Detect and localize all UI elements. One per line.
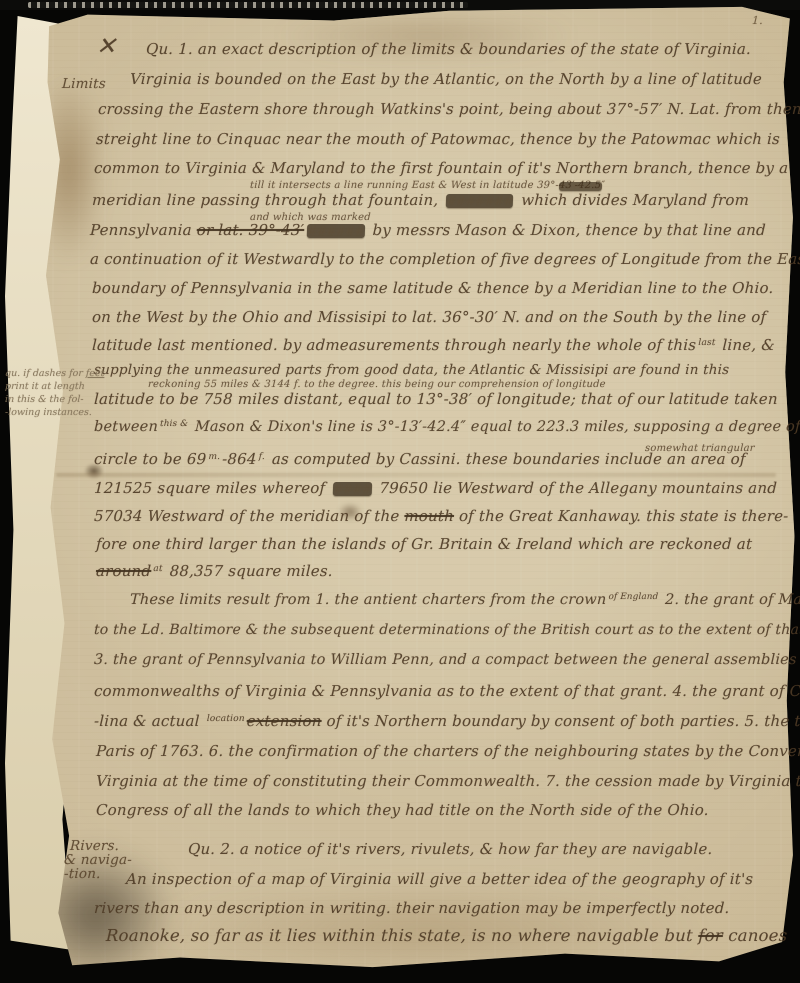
text-segment: common to Virginia & Maryland to the fir… — [94, 159, 789, 177]
text-segment: by messrs Mason & Dixon, thence by that … — [367, 221, 766, 239]
text-segment: m. — [208, 452, 220, 462]
text-segment: crossing the Eastern shore through Watki… — [98, 100, 800, 118]
manuscript-line: circle to be 69m.-864f. as computed by C… — [94, 450, 746, 468]
interlineation: till it intersects a line running East &… — [250, 180, 606, 191]
text-segment: print it at length — [5, 381, 85, 392]
text-segment: 2. the grant of Maryland — [660, 592, 800, 608]
manuscript-line: fore one third larger than the islands o… — [96, 535, 753, 553]
manuscript-line: betweenthis & Mason & Dixon's line is 3°… — [94, 419, 800, 435]
manuscript-line: meridian line passing through that fount… — [92, 191, 750, 209]
text-segment: fore one third larger than the islands o… — [96, 535, 753, 553]
text-segment: for — [698, 926, 723, 945]
text-segment: a continuation of it Westwardly to the c… — [90, 250, 800, 268]
text-segment: which divides Maryland from — [516, 191, 749, 209]
text-segment: streight line to Cinquac near the mouth … — [96, 130, 781, 148]
text-segment: supplying the unmeasured parts from good… — [94, 362, 730, 378]
text-segment: -lina & actual — [94, 712, 205, 730]
text-segment: extension — [246, 712, 322, 730]
text-segment: of it's Northern boundary by consent of … — [321, 712, 800, 730]
text-segment: Qu. 2. a notice of it's rivers, rivulets… — [188, 840, 713, 858]
text-segment: Congress of all the lands to which they … — [96, 801, 709, 819]
text-segment: Pennsylvania — [90, 221, 197, 239]
margin-note-rivers: -tion. — [64, 866, 101, 882]
margin-note-limits: Limits — [62, 76, 107, 92]
text-segment: feet — [86, 368, 105, 379]
manuscript-line: to the Ld. Baltimore & the subsequent de… — [94, 622, 800, 638]
handwriting-layer: 1. ✕Qu. 1. an exact description of the l… — [0, 0, 800, 983]
text-segment: Qu. 1. an exact description of the limit… — [146, 40, 752, 58]
text-segment: latitude to be 758 miles distant, equal … — [94, 390, 778, 408]
text-segment: -lowing instances. — [5, 407, 92, 418]
query2-heading: Qu. 2. a notice of it's rivers, rivulets… — [188, 840, 713, 858]
manuscript-line: common to Virginia & Maryland to the fir… — [94, 159, 789, 177]
text-segment: f. — [259, 452, 266, 462]
pencil-margin-note: -lowing instances. — [5, 407, 92, 418]
obliterated-text: ####### — [559, 182, 603, 191]
text-segment: on the West by the Ohio and Missisipi to… — [92, 308, 767, 326]
text-segment: of the Great Kanhaway. this state is the… — [454, 507, 789, 525]
manuscript-line: supplying the unmeasured parts from good… — [94, 362, 730, 378]
page-number: 1. — [752, 14, 763, 27]
pencil-margin-note: qu. if dashes for feet — [5, 368, 105, 379]
text-segment: at — [153, 564, 163, 574]
pencil-margin-note: in this & the fol- — [5, 394, 84, 405]
manuscript-line: Virginia at the time of constituting the… — [96, 772, 800, 790]
text-segment: mouth — [404, 507, 454, 525]
text-segment: -tion. — [64, 866, 101, 882]
manuscript-line: latitude to be 758 miles distant, equal … — [94, 390, 778, 408]
text-segment: These limits result from 1. the antient … — [130, 592, 607, 608]
text-segment: 57034 Westward of the meridian of the — [94, 507, 405, 525]
text-segment: 3. the grant of Pennsylvania to William … — [94, 652, 800, 668]
text-segment: circle to be 69 — [94, 450, 207, 468]
manuscript-line: commonwealths of Virginia & Pennsylvania… — [94, 682, 800, 700]
manuscript-line: -lina & actual locationextension of it's… — [94, 712, 800, 730]
manuscript-line: boundary of Pennsylvania in the same lat… — [92, 279, 774, 297]
text-segment: ✕ — [96, 32, 117, 60]
text-segment: reckoning 55 miles & 3144 f. to the degr… — [148, 379, 606, 390]
pencil-margin-note: print it at length — [5, 381, 85, 392]
manuscript-line: aroundat 88,357 square miles. — [96, 562, 333, 580]
interlineation: reckoning 55 miles & 3144 f. to the degr… — [148, 379, 606, 390]
manuscript-line: These limits result from 1. the antient … — [130, 592, 800, 608]
text-segment: in this & the fol- — [5, 394, 84, 405]
text-segment: Limits — [62, 76, 107, 92]
text-segment: Roanoke, so far as it lies within this s… — [106, 926, 699, 945]
text-segment: -864 — [222, 450, 257, 468]
text-segment: to the Ld. Baltimore & the subsequent de… — [94, 622, 800, 638]
text-segment: or lat. 39°-43′ — [196, 221, 304, 239]
text-segment: line, & — [717, 336, 775, 354]
query1-heading: Qu. 1. an exact description of the limit… — [146, 40, 752, 58]
text-segment: till it intersects a line running East &… — [250, 180, 606, 191]
manuscript-line: a continuation of it Westwardly to the c… — [90, 250, 800, 268]
manuscript-line: Congress of all the lands to which they … — [96, 801, 709, 819]
text-segment: latitude last mentioned. by admeasuremen… — [92, 336, 697, 354]
manuscript-line: rivers than any description in writing. … — [94, 899, 730, 917]
text-segment: 79650 lie Westward of the Allegany mount… — [374, 479, 777, 497]
manuscript-line: Paris of 1763. 6. the confirmation of th… — [96, 742, 800, 760]
manuscript-line: latitude last mentioned. by admeasuremen… — [92, 336, 776, 354]
text-segment: this & — [160, 419, 188, 429]
text-segment: meridian line passing through that fount… — [92, 191, 444, 209]
text-segment: location — [207, 714, 245, 724]
text-segment: commonwealths of Virginia & Pennsylvania… — [94, 682, 800, 700]
text-segment: as computed by Cassini. these boundaries… — [267, 450, 746, 468]
manuscript-line: Pennsylvania or lat. 39°-43′###### by me… — [90, 221, 766, 239]
text-segment: Virginia at the time of constituting the… — [96, 772, 800, 790]
manuscript-line: streight line to Cinquac near the mouth … — [96, 130, 781, 148]
manuscript-line: 3. the grant of Pennsylvania to William … — [94, 652, 800, 668]
text-segment: Paris of 1763. 6. the confirmation of th… — [96, 742, 800, 760]
text-segment: 88,357 square miles. — [164, 562, 333, 580]
cross-doodle: ✕ — [96, 32, 117, 60]
text-segment: last — [698, 338, 716, 348]
manuscript-line: Virginia is bounded on the East by the A… — [130, 70, 763, 88]
obliterated-text: ###### — [307, 224, 365, 238]
text-segment: 121525 square miles whereof — [94, 479, 331, 497]
text-segment: canoes — [723, 926, 788, 945]
manuscript-line: crossing the Eastern shore through Watki… — [98, 100, 800, 118]
obliterated-text: #### — [333, 482, 372, 496]
text-segment: rivers than any description in writing. … — [94, 899, 730, 917]
manuscript-line: on the West by the Ohio and Missisipi to… — [92, 308, 767, 326]
text-segment: between — [94, 419, 159, 435]
manuscript-scan: 1. ✕Qu. 1. an exact description of the l… — [0, 0, 800, 983]
obliterated-text: ####### — [446, 194, 513, 208]
text-segment: of England — [608, 592, 658, 602]
text-segment: Mason & Dixon's line is 3°-13′-42.4″ equ… — [190, 419, 800, 435]
text-segment: boundary of Pennsylvania in the same lat… — [92, 279, 774, 297]
text-segment: An inspection of a map of Virginia will … — [126, 870, 754, 888]
text-segment: Virginia is bounded on the East by the A… — [130, 70, 763, 88]
text-segment: around — [96, 562, 152, 580]
manuscript-line: 121525 square miles whereof #### 79650 l… — [94, 479, 778, 497]
text-segment: qu. if dashes for — [5, 368, 86, 379]
manuscript-line: An inspection of a map of Virginia will … — [126, 870, 754, 888]
manuscript-line: Roanoke, so far as it lies within this s… — [106, 926, 788, 945]
manuscript-line: 57034 Westward of the meridian of the mo… — [94, 507, 789, 525]
